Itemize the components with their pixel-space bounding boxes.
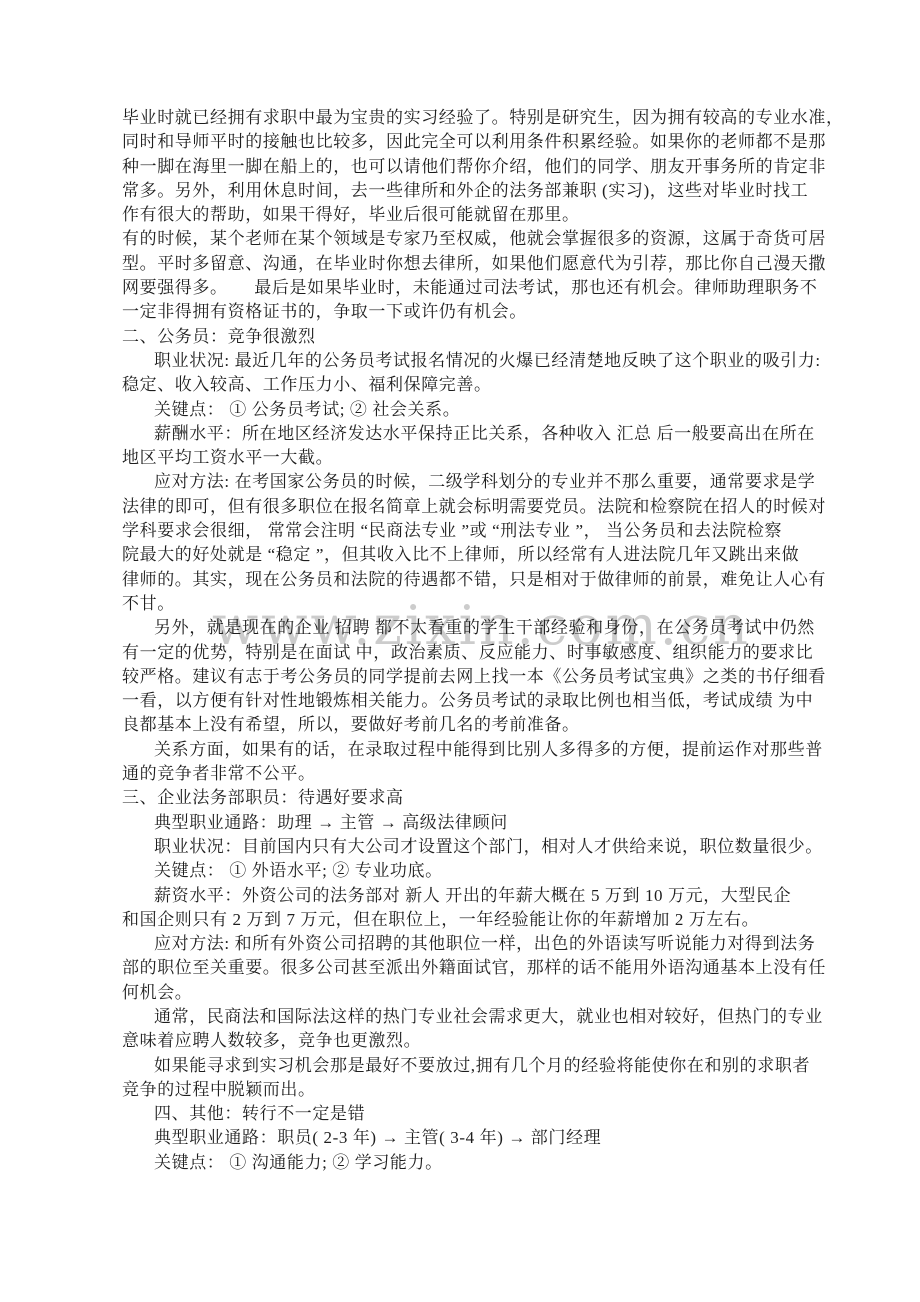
text-line: 一看，以方便有针对性地锻炼相关能力。公务员考试的录取比例也相当低，考试成绩 为中 bbox=[122, 689, 822, 713]
text-line: 一定非得拥有资格证书的，争取一下或许仍有机会。 bbox=[122, 300, 822, 324]
text-line: 毕业时就已经拥有求职中最为宝贵的实习经验了。特别是研究生，因为拥有较高的专业水准… bbox=[122, 106, 822, 130]
text-line: 应对方法: 和所有外资公司招聘的其他职位一样，出色的外语读写听说能力对得到法务 bbox=[122, 932, 822, 956]
text-line: 竞争的过程中脱颖而出。 bbox=[122, 1078, 822, 1102]
text-line: 有的时候，某个老师在某个领域是专家乃至权威，他就会掌握很多的资源，这属于奇货可居 bbox=[122, 227, 822, 251]
text-line: 何机会。 bbox=[122, 981, 822, 1005]
text-line: 典型职业通路：助理 → 主管 → 高级法律顾问 bbox=[122, 811, 822, 835]
text-line: 意味着应聘人数较多，竞争也更激烈。 bbox=[122, 1029, 822, 1053]
text-line: 通的竞争者非常不公平。 bbox=[122, 762, 822, 786]
text-line: 关系方面，如果有的话，在录取过程中能得到比别人多得多的方便，提前运作对那些普 bbox=[122, 738, 822, 762]
text-line: 如果能寻求到实习机会那是最好不要放过,拥有几个月的经验将能使你在和别的求职者 bbox=[122, 1054, 822, 1078]
text-line: 同时和导师平时的接触也比较多，因此完全可以利用条件积累经验。如果你的老师都不是那 bbox=[122, 130, 822, 154]
text-line: 种一脚在海里一脚在船上的，也可以请他们帮你介绍，他们的同学、朋友开事务所的肯定非 bbox=[122, 155, 822, 179]
text-line: 关键点： ① 外语水平; ② 专业功底。 bbox=[122, 859, 822, 883]
text-line: 四、其他：转行不一定是错 bbox=[122, 1102, 822, 1126]
text-line: 职业状况：目前国内只有大公司才设置这个部门，相对人才供给来说，职位数量很少。 bbox=[122, 835, 822, 859]
document-body: 毕业时就已经拥有求职中最为宝贵的实习经验了。特别是研究生，因为拥有较高的专业水准… bbox=[122, 106, 822, 1175]
text-line: 法律的即可，但有很多职位在报名简章上就会标明需要党员。法院和检察院在招人的时候对 bbox=[122, 495, 822, 519]
text-line: 部的职位至关重要。很多公司甚至派出外籍面试官，那样的话不能用外语沟通基本上没有任 bbox=[122, 956, 822, 980]
text-line: 院最大的好处就是 “稳定 ”，但其收入比不上律师，所以经常有人进法院几年又跳出来… bbox=[122, 543, 822, 567]
text-line: 良都基本上没有希望，所以，要做好考前几名的考前准备。 bbox=[122, 713, 822, 737]
text-line: 通常，民商法和国际法这样的热门专业社会需求更大，就业也相对较好，但热门的专业 bbox=[122, 1005, 822, 1029]
text-line: 稳定、收入较高、工作压力小、福利保障完善。 bbox=[122, 373, 822, 397]
document-page: www.zixin.com.cn 毕业时就已经拥有求职中最为宝贵的实习经验了。特… bbox=[0, 0, 920, 1302]
text-line: 网要强得多。 最后是如果毕业时，未能通过司法考试，那也还有机会。律师助理职务不 bbox=[122, 276, 822, 300]
text-line: 另外，就是现在的企业 招聘 都不太看重的学生干部经验和身份，在公务员考试中仍然 bbox=[122, 616, 822, 640]
text-line: 有一定的优势，特别是在面试 中，政治素质、反应能力、时事敏感度、组织能力的要求比 bbox=[122, 641, 822, 665]
text-line: 关键点： ① 公务员考试; ② 社会关系。 bbox=[122, 398, 822, 422]
text-line: 作有很大的帮助，如果干得好，毕业后很可能就留在那里。 bbox=[122, 203, 822, 227]
text-line: 地区平均工资水平一大截。 bbox=[122, 446, 822, 470]
text-line: 薪酬水平：所在地区经济发达水平保持正比关系，各种收入 汇总 后一般要高出在所在 bbox=[122, 422, 822, 446]
text-line: 学科要求会很细， 常常会注明 “民商法专业 ”或 “刑法专业 ”， 当公务员和去… bbox=[122, 519, 822, 543]
text-line: 型。平时多留意、沟通，在毕业时你想去律所，如果他们愿意代为引荐，那比你自己漫天撒 bbox=[122, 252, 822, 276]
text-line: 常多。另外，利用休息时间，去一些律所和外企的法务部兼职 (实习)，这些对毕业时找… bbox=[122, 179, 822, 203]
text-line: 薪资水平：外资公司的法务部对 新人 开出的年薪大概在 5 万到 10 万元，大型… bbox=[122, 884, 822, 908]
text-line: 三、企业法务部职员：待遇好要求高 bbox=[122, 786, 822, 810]
text-line: 典型职业通路：职员( 2-3 年) → 主管( 3-4 年) → 部门经理 bbox=[122, 1126, 822, 1150]
text-line: 职业状况: 最近几年的公务员考试报名情况的火爆已经清楚地反映了这个职业的吸引力: bbox=[122, 349, 822, 373]
text-line: 较严格。建议有志于考公务员的同学提前去网上找一本《公务员考试宝典》之类的书仔细看 bbox=[122, 665, 822, 689]
text-line: 和国企则只有 2 万到 7 万元，但在职位上，一年经验能让你的年薪增加 2 万左… bbox=[122, 908, 822, 932]
text-line: 关键点： ① 沟通能力; ② 学习能力。 bbox=[122, 1151, 822, 1175]
text-line: 不甘。 bbox=[122, 592, 822, 616]
text-line: 应对方法: 在考国家公务员的时候，二级学科划分的专业并不那么重要，通常要求是学 bbox=[122, 470, 822, 494]
text-line: 二、公务员：竞争很激烈 bbox=[122, 325, 822, 349]
text-line: 律师的。其实，现在公务员和法院的待遇都不错，只是相对于做律师的前景，难免让人心有 bbox=[122, 568, 822, 592]
